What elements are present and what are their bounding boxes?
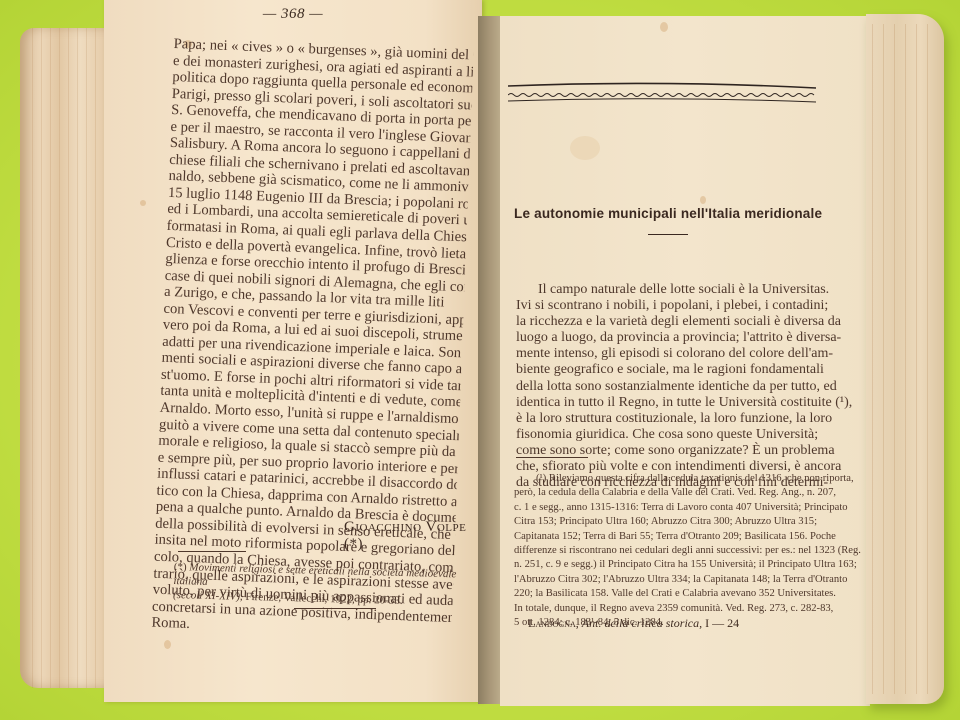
footnote-line: (¹) Rileviamo questa cifra dalla cedula … [514, 472, 824, 486]
paper-stain [164, 640, 171, 649]
footnote-line: In totale, dunque, il Regno aveva 2359 c… [514, 602, 824, 616]
right-page: Le autonomie municipali nell'Italia meri… [500, 16, 870, 706]
left-page: — 368 — Papa; nei « cives » o « burgense… [104, 0, 482, 702]
right-page-stack-edge [866, 14, 944, 704]
paper-stain [140, 200, 146, 206]
footnote-line: l'Abruzzo Citra 302; l'Abruzzo Ultra 334… [514, 573, 824, 587]
chapter-ornament-rule [508, 76, 816, 106]
footnote-line: differenze si riscontrano nei cedulari d… [514, 544, 824, 558]
text-line: mente intenso, gli episodi si colorano d… [516, 346, 816, 362]
footnote-line: Citra 153; Principato Ultra 160; Abruzzo… [514, 515, 824, 529]
text-line: fisonomia giuridica. Che cosa sono quest… [516, 427, 816, 443]
paper-stain [700, 196, 706, 204]
footer-signature-mark: I — 24 [705, 616, 739, 630]
footnote-divider [178, 551, 246, 552]
text-line: biente geografico e sociale, ma le ragio… [516, 362, 816, 378]
footnote-line: c. 1 e segg., anno 1315-1316: Terra di L… [514, 501, 824, 515]
text-line: Il campo naturale delle lotte sociali è … [516, 282, 816, 298]
footnote-line: però, la cedula della Calabria e della V… [514, 486, 824, 500]
paper-stain [570, 136, 600, 160]
text-line: identica in tutto il Regno, in tutte le … [516, 395, 816, 411]
text-line: Ivi si scontrano i nobili, i popolani, i… [516, 298, 816, 314]
page-number: — 368 — [104, 6, 482, 23]
author-signature: Gioacchino Volpe (*) [344, 519, 482, 553]
footnote-period: (secoli XI-XIV) [173, 589, 240, 603]
left-footnote: (*) Movimenti religiosi e sette eretical… [173, 560, 484, 610]
footer-title: Ant. della critica storica, [582, 616, 702, 630]
footnote-title: Movimenti religiosi e sette ereticali ne… [173, 561, 456, 587]
footnote-divider [516, 457, 588, 458]
footnote-line: Capitanata 152; Terra di Bari 55; Terra … [514, 530, 824, 544]
footnote-line: 220; la Basilicata 158. Valle del Crati … [514, 587, 824, 601]
footnote-marker: (*) [174, 561, 187, 573]
end-of-section-rule [294, 608, 376, 609]
text-line: la ricchezza e la varietà degli elementi… [516, 314, 816, 330]
text-line: della lotta sono sostanzialmente identic… [516, 379, 816, 395]
running-footer: Landogna, Ant. della critica storica, I … [528, 616, 739, 631]
footnote-line: n. 251, c. 9 e segg.) il Principato Citr… [514, 558, 824, 572]
title-divider [648, 234, 688, 235]
right-footnote: (¹) Rileviamo questa cifra dalla cedula … [514, 472, 824, 630]
footer-author: Landogna, [528, 616, 579, 630]
text-line: luogo a luogo, da provincia a provincia;… [516, 330, 816, 346]
text-line: è la loro struttura costituzionale, la l… [516, 411, 816, 427]
chapter-title: Le autonomie municipali nell'Italia meri… [514, 206, 814, 221]
right-page-body: Il campo naturale delle lotte sociali è … [516, 282, 816, 491]
paper-stain [660, 22, 668, 32]
